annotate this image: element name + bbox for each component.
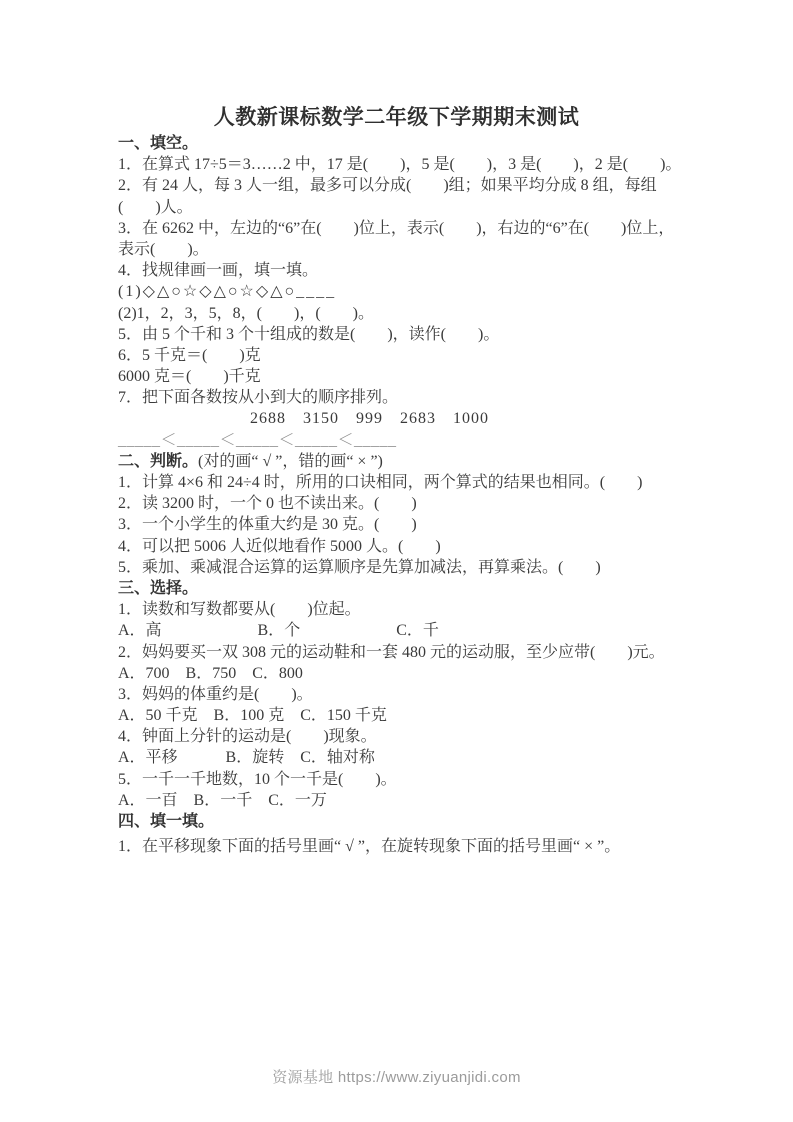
section-fill-blanks-header: 一、填空。 <box>118 133 684 154</box>
fill-q3: 3．在 6262 中，左边的“6”在( )位上，表示( )，右边的“6”在( )… <box>118 218 684 239</box>
fill-in-q1: 1．在平移现象下面的括号里画“ √ ”，在旋转现象下面的括号里画“ × ”。 <box>118 836 684 857</box>
fill-q4-shape-pattern: (1)◇△○☆◇△○☆◇△○____ <box>118 281 684 302</box>
section-choice-header: 三、选择。 <box>118 578 684 599</box>
section-judge-header: 二、判断。(对的画“ √ ”，错的画“ × ”) <box>118 451 684 472</box>
judge-q5: 5．乘加、乘减混合运算的运算顺序是先算加减法，再算乘法。( ) <box>118 557 684 578</box>
watermark-footer: 资源基地 https://www.ziyuanjidi.com <box>0 1066 793 1087</box>
fill-q2: 2．有 24 人，每 3 人一组，最多可以分成( )组；如果平均分成 8 组，每… <box>118 175 684 196</box>
fill-q7: 7．把下面各数按从小到大的顺序排列。 <box>118 387 684 408</box>
choice-q3-options: A．50 千克 B．100 克 C．150 千克 <box>118 705 684 726</box>
page-title: 人教新课标数学二年级下学期期末测试 <box>0 101 793 131</box>
choice-q1: 1．读数和写数都要从( )位起。 <box>118 599 684 620</box>
fill-q2-continued: ( )人。 <box>118 197 684 218</box>
choice-q4-options: A．平移 B．旋转 C．轴对称 <box>118 747 684 768</box>
judge-q1: 1．计算 4×6 和 24÷4 时，所用的口诀相同，两个算式的结果也相同。( ) <box>118 472 684 493</box>
document-page: 人教新课标数学二年级下学期期末测试 一、填空。 1．在算式 17÷5＝3……2 … <box>0 0 793 1122</box>
fill-q1: 1．在算式 17÷5＝3……2 中，17 是( )，5 是( )，3 是( )，… <box>118 154 684 175</box>
choice-q4: 4．钟面上分针的运动是( )现象。 <box>118 726 684 747</box>
fill-q7-ordering-blanks: _____＜_____＜_____＜_____＜_____ <box>118 430 684 451</box>
fill-q3-continued: 表示( )。 <box>118 239 684 260</box>
fill-q4-number-pattern: (2)1，2，3，5，8，( )，( )。 <box>118 303 684 324</box>
fill-q6: 6．5 千克＝( )克 <box>118 345 684 366</box>
choice-q1-options: A．高 B．个 C．千 <box>118 620 684 641</box>
choice-q5-options: A．一百 B．一千 C．一万 <box>118 790 684 811</box>
choice-q2: 2．妈妈要买一双 308 元的运动鞋和一套 480 元的运动服，至少应带( )元… <box>118 642 684 663</box>
document-body: 一、填空。 1．在算式 17÷5＝3……2 中，17 是( )，5 是( )，3… <box>118 133 684 857</box>
judge-q2: 2．读 3200 时，一个 0 也不读出来。( ) <box>118 493 684 514</box>
fill-q4: 4．找规律画一画，填一填。 <box>118 260 684 281</box>
fill-q7-number-list: 2688 3150 999 2683 1000 <box>118 408 684 429</box>
choice-q5: 5．一千一千地数，10 个一千是( )。 <box>118 769 684 790</box>
choice-q3: 3．妈妈的体重约是( )。 <box>118 684 684 705</box>
section-judge-header-text: 二、判断。 <box>118 453 198 470</box>
section-fill-in-header: 四、填一填。 <box>118 811 684 832</box>
choice-q2-options: A．700 B．750 C．800 <box>118 663 684 684</box>
fill-q6-continued: 6000 克＝( )千克 <box>118 366 684 387</box>
section-judge-header-note: (对的画“ √ ”，错的画“ × ”) <box>198 453 383 470</box>
judge-q3: 3．一个小学生的体重大约是 30 克。( ) <box>118 514 684 535</box>
judge-q4: 4．可以把 5006 人近似地看作 5000 人。( ) <box>118 536 684 557</box>
fill-q5: 5．由 5 个千和 3 个十组成的数是( )，读作( )。 <box>118 324 684 345</box>
